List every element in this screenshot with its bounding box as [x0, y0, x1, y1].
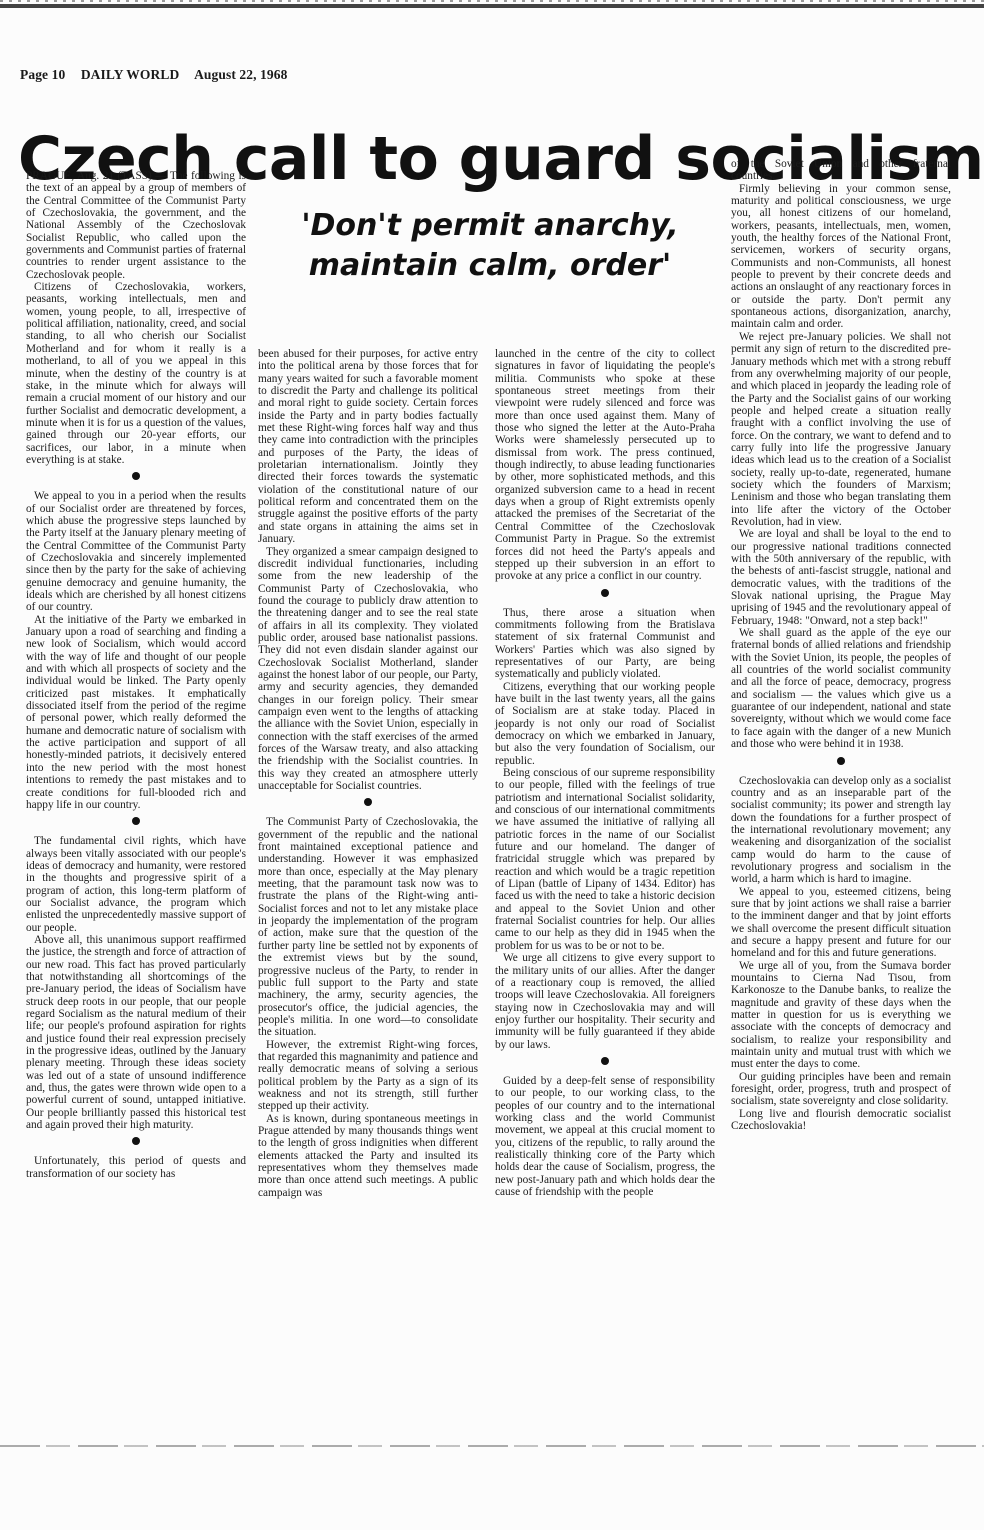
article-paragraph: PRAGUE, Aug. 21 (TASS) — The following i…: [26, 170, 246, 281]
article-column-4: of the Soviet Union and other fraternal …: [731, 158, 951, 1132]
subheadline: 'Don't permit anarchy, maintain calm, or…: [255, 206, 725, 286]
section-bullet-icon: [132, 1137, 140, 1145]
article-paragraph: We are loyal and shall be loyal to the e…: [731, 528, 951, 627]
article-column-1: PRAGUE, Aug. 21 (TASS) — The following i…: [26, 170, 246, 1180]
section-bullet-icon: [601, 589, 609, 597]
article-paragraph: Citizens, everything that our working pe…: [495, 681, 715, 767]
folio-line: Page 10 DAILY WORLD August 22, 1968: [20, 67, 299, 83]
article-paragraph: The Communist Party of Czechoslovakia, t…: [258, 816, 478, 1038]
article-paragraph: Guided by a deep-felt sense of responsib…: [495, 1075, 715, 1198]
article-paragraph: Our guiding principles have been and rem…: [731, 1071, 951, 1108]
article-paragraph: As is known, during spontaneous meetings…: [258, 1113, 478, 1199]
article-paragraph: Firmly believing in your common sense, m…: [731, 183, 951, 331]
top-rule: [0, 4, 984, 8]
article-paragraph: At the initiative of the Party we embark…: [26, 614, 246, 812]
page-number: Page 10: [20, 67, 65, 82]
section-bullet-icon: [364, 798, 372, 806]
section-bullet-icon: [132, 472, 140, 480]
article-paragraph: We urge all citizens to give every suppo…: [495, 952, 715, 1051]
bottom-rule: [0, 1445, 984, 1447]
article-paragraph: We urge all of you, from the Sumava bord…: [731, 960, 951, 1071]
article-paragraph: Czechoslovakia can develop only as a soc…: [731, 775, 951, 886]
article-paragraph: launched in the centre of the city to co…: [495, 348, 715, 583]
article-paragraph: Long live and flourish democratic social…: [731, 1108, 951, 1133]
article-paragraph: Thus, there arose a situation when commi…: [495, 607, 715, 681]
article-paragraph: Citizens of Czechoslovakia, workers, pea…: [26, 281, 246, 466]
article-paragraph: Being conscious of our supreme responsib…: [495, 767, 715, 952]
article-paragraph: Unfortunately, this period of quests and…: [26, 1155, 246, 1180]
article-paragraph: We appeal to you, esteemed citizens, bei…: [731, 886, 951, 960]
article-paragraph: of the Soviet Union and other fraternal …: [731, 158, 951, 183]
article-paragraph: The fundamental civil rights, which have…: [26, 835, 246, 934]
article-paragraph: They organized a smear campaign designed…: [258, 546, 478, 793]
article-paragraph: We reject pre-January policies. We shall…: [731, 331, 951, 529]
issue-date: August 22, 1968: [194, 67, 287, 82]
section-bullet-icon: [837, 757, 845, 765]
article-paragraph: However, the extremist Right-wing forces…: [258, 1039, 478, 1113]
article-paragraph: We shall guard as the apple of the eye o…: [731, 627, 951, 750]
article-paragraph: been abused for their purposes, for acti…: [258, 348, 478, 546]
article-column-3: launched in the centre of the city to co…: [495, 348, 715, 1198]
article-paragraph: Above all, this unanimous support reaffi…: [26, 934, 246, 1132]
publication-name: DAILY WORLD: [81, 67, 180, 82]
section-bullet-icon: [132, 817, 140, 825]
section-bullet-icon: [601, 1057, 609, 1065]
scan-edge-dots: [0, 0, 984, 2]
article-column-2: been abused for their purposes, for acti…: [258, 348, 478, 1199]
article-paragraph: We appeal to you in a period when the re…: [26, 490, 246, 613]
